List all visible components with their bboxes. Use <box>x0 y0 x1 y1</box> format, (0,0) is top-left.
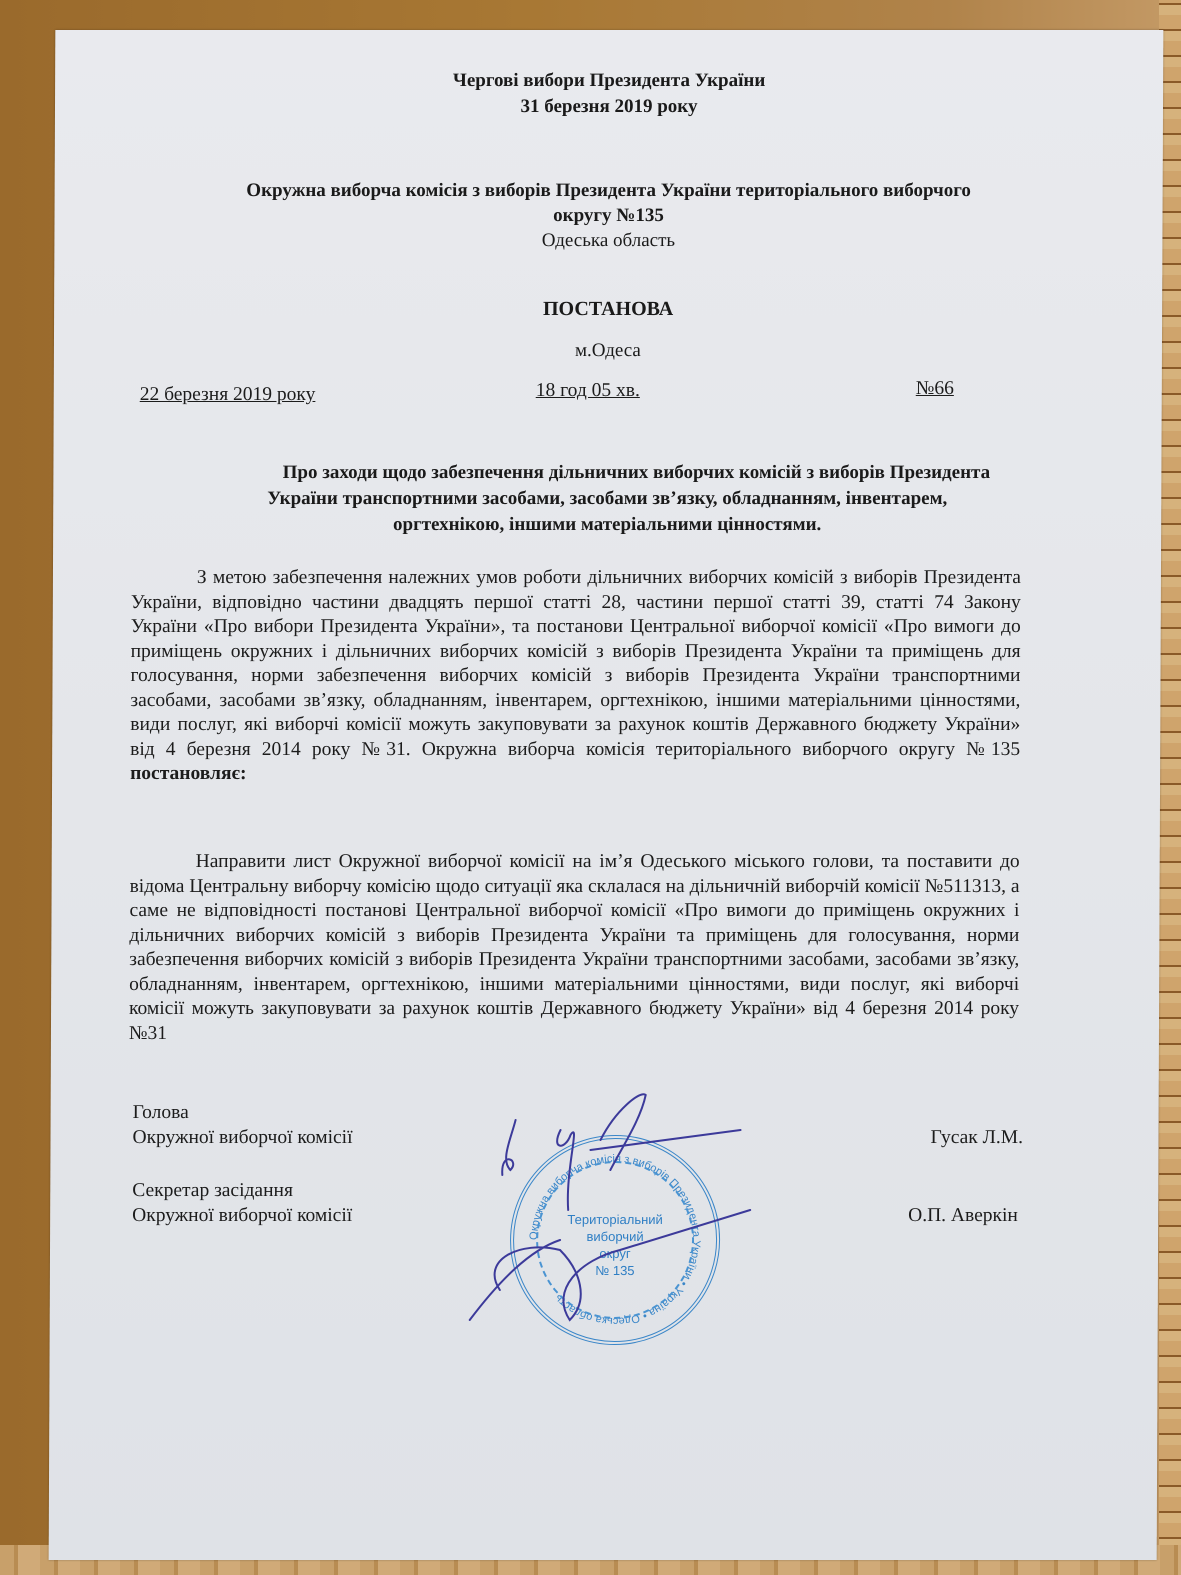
subject-line-3: оргтехнікою, іншими матеріальними ціннос… <box>53 514 1161 536</box>
subject-line-1: Про заходи щодо забезпечення дільничних … <box>53 462 1161 484</box>
preamble-text: З метою забезпечення належних умов робот… <box>130 567 1021 760</box>
secretary-role: Секретар засідання Окружної виборчої ком… <box>132 1178 352 1228</box>
election-date: 31 березня 2019 року <box>55 96 1163 118</box>
commission-name: Окружна виборча комісія з виборів Презид… <box>55 180 1163 202</box>
chairman-role-line2: Окружної виборчої комісії <box>132 1125 352 1150</box>
resolution-text: Направити лист Окружної виборчої комісії… <box>129 850 1020 1046</box>
document-page: Чергові вибори Президента України 31 бер… <box>49 30 1164 1560</box>
election-title: Чергові вибори Президента України <box>55 70 1163 92</box>
resolution-time: 18 год 05 хв. <box>536 380 640 402</box>
secretary-role-line2: Окружної виборчої комісії <box>132 1203 352 1228</box>
resolves-word: постановляє: <box>130 763 246 784</box>
city-name: м.Одеса <box>54 340 1162 362</box>
resolution-paragraph: Направити лист Окружної виборчої комісії… <box>129 850 1020 1046</box>
region-name: Одеська область <box>54 230 1162 252</box>
secretary-name: О.П. Аверкін <box>908 1203 1018 1228</box>
document-type-title: ПОСТАНОВА <box>54 298 1162 321</box>
chairman-name: Гусак Л.М. <box>930 1125 1023 1150</box>
resolution-date: 22 березня 2019 року <box>140 384 316 406</box>
preamble-paragraph: З метою забезпечення належних умов робот… <box>130 566 1021 787</box>
handwritten-signature-icon <box>440 1090 781 1330</box>
secretary-role-line1: Секретар засідання <box>132 1178 352 1203</box>
subject-line-2: України транспортними засобами, засобами… <box>53 488 1161 510</box>
district-number: округу №135 <box>54 205 1162 227</box>
resolution-number: №66 <box>916 378 954 400</box>
chairman-role: Голова Окружної виборчої комісії <box>132 1100 352 1150</box>
chairman-role-line1: Голова <box>133 1100 353 1125</box>
